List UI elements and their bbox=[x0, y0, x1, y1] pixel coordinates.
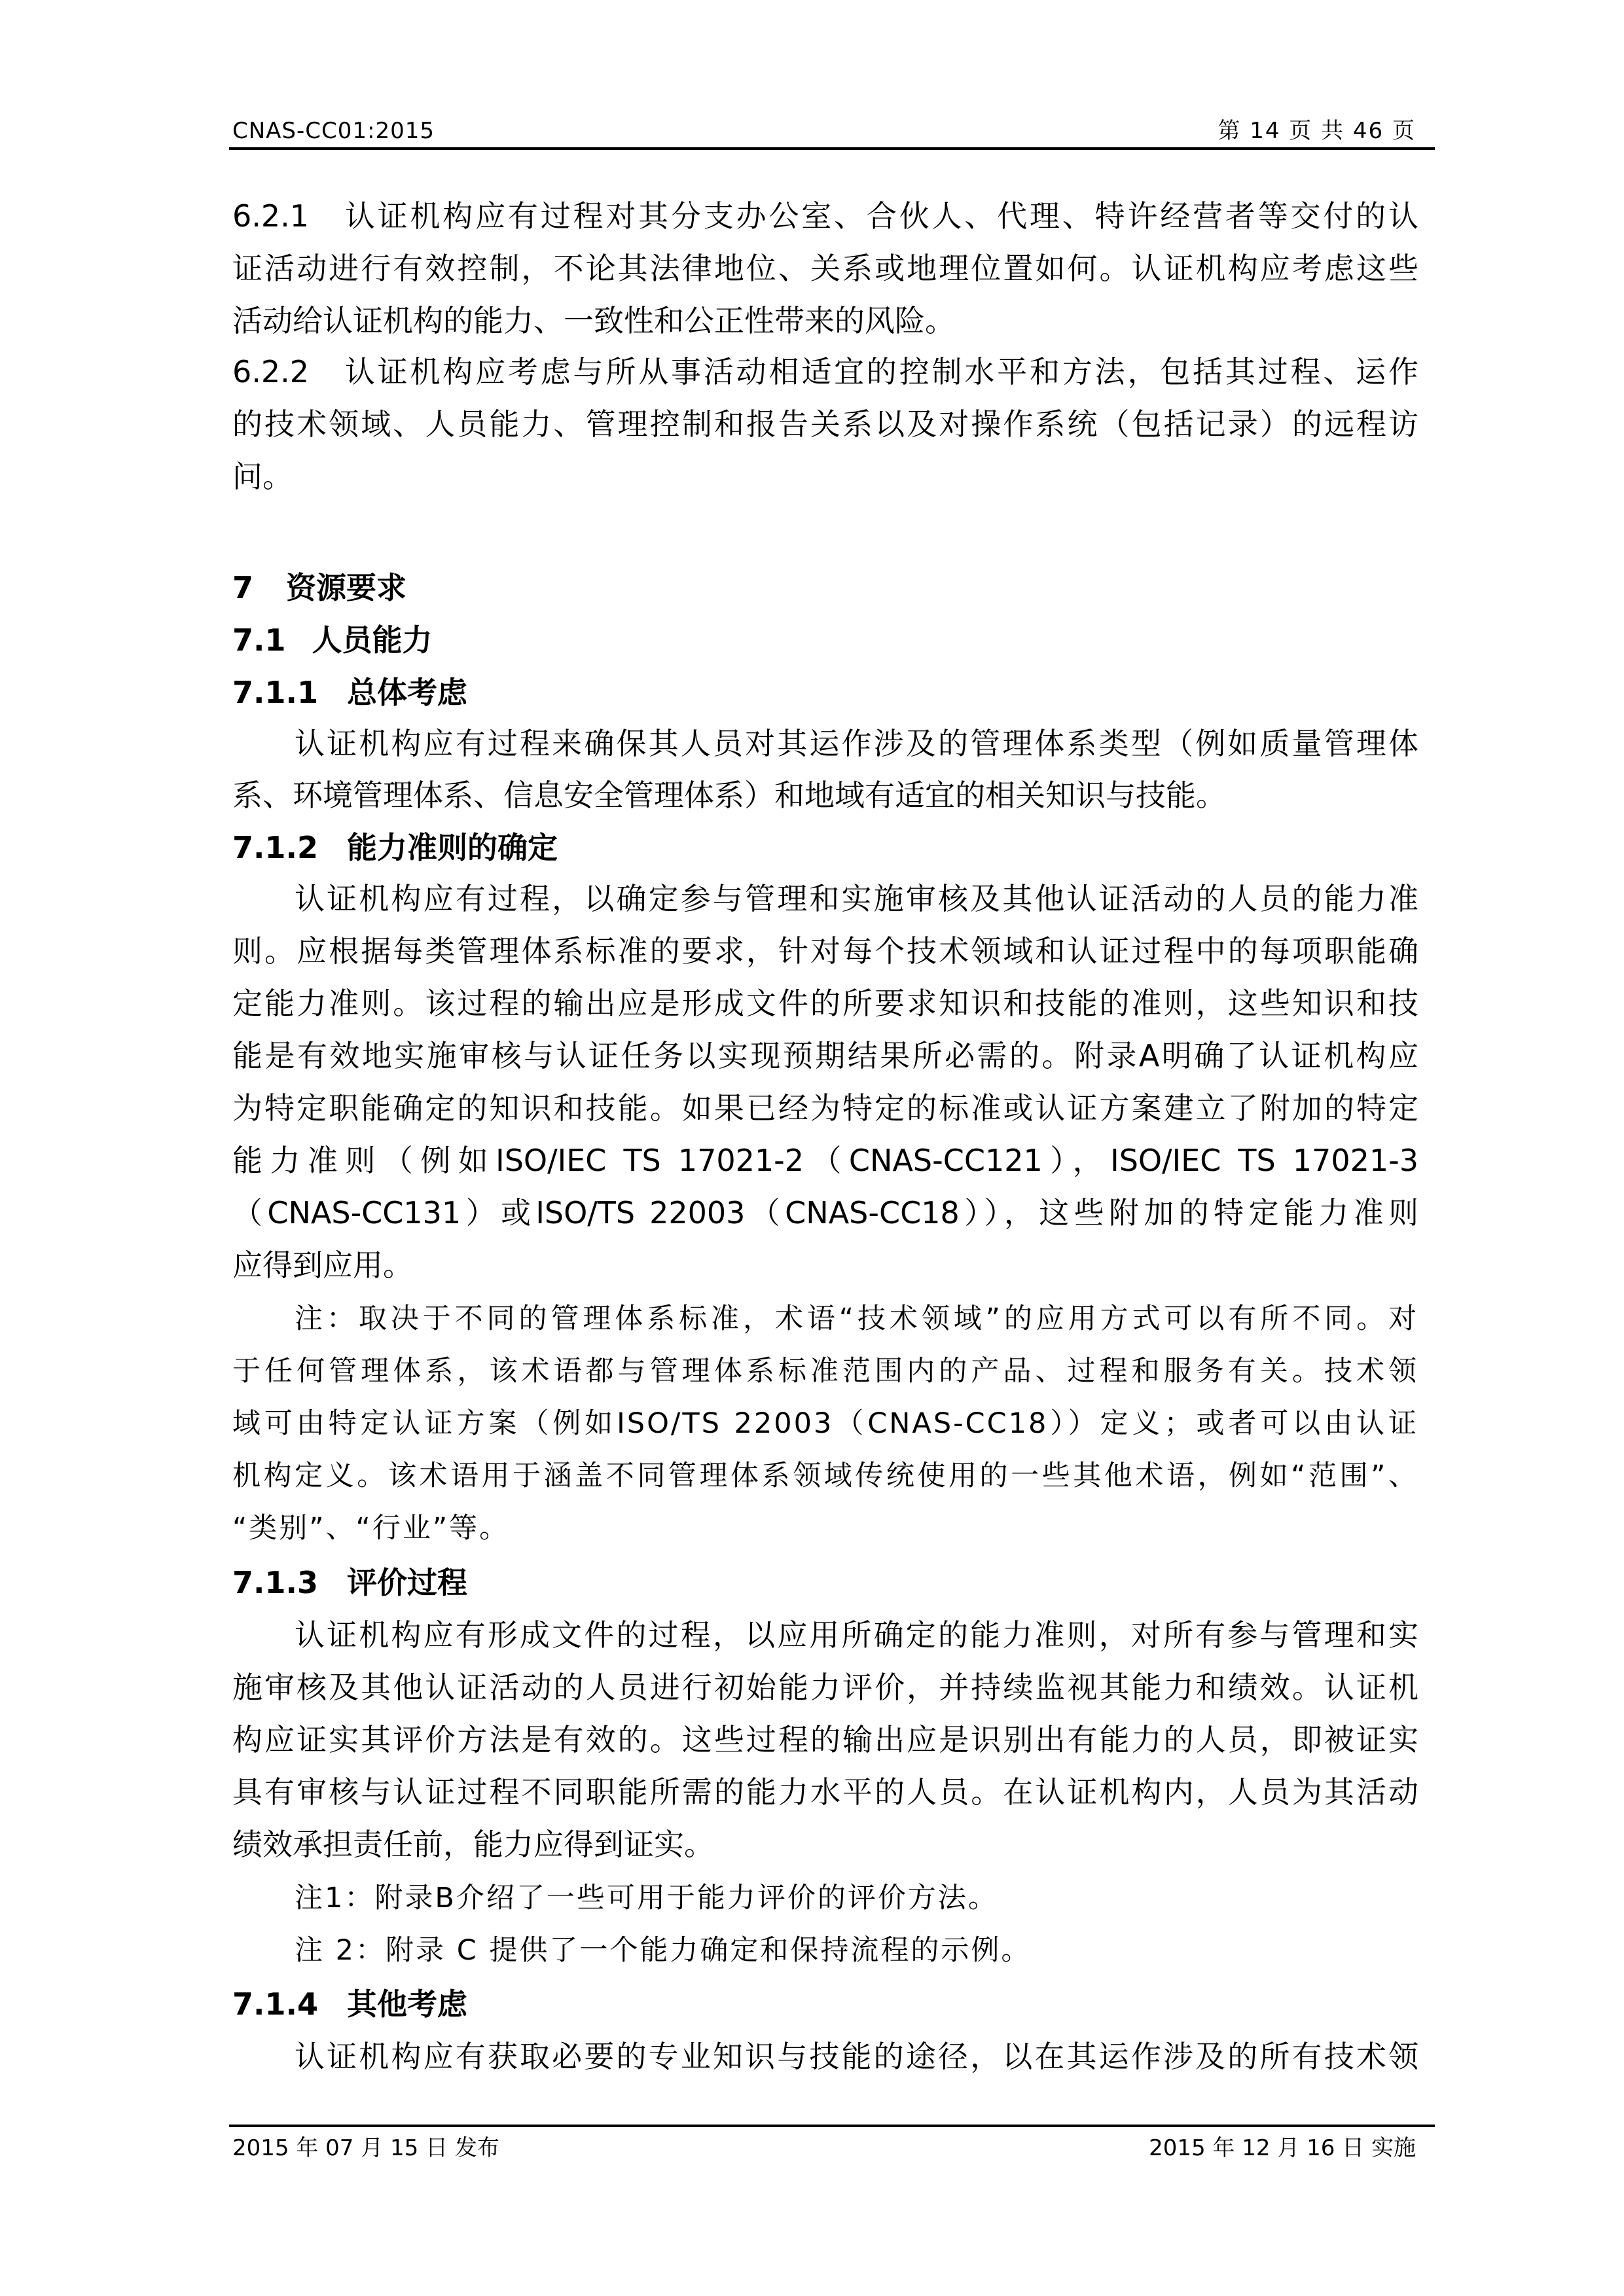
paragraph-line: 认证机构应有获取必要的专业知识与技能的途径，以在其运作涉及的所有技术领 bbox=[295, 2037, 1418, 2076]
section-title: 资源要求 bbox=[286, 570, 406, 605]
page-number: 第 14 页 共 46 页 bbox=[1218, 118, 1416, 144]
document-id: CNAS-CC01:2015 bbox=[232, 118, 435, 144]
note-2: 注 2：附录 C 提供了一个能力确定和保持流程的示例。 bbox=[295, 1931, 1418, 1970]
issue-date: 2015 年 07 月 15 日 发布 bbox=[232, 2135, 499, 2161]
section-title: 人员能力 bbox=[312, 622, 433, 658]
paragraph-line: 为特定职能确定的知识和技能。如果已经为特定的标准或认证方案建立了附加的特定 bbox=[232, 1088, 1418, 1128]
clause-6-2-2-line-2: 的技术领域、人员能力、管理控制和报告关系以及对操作系统（包括记录）的远程访 bbox=[232, 404, 1418, 444]
section-heading-7: 7资源要求 bbox=[232, 568, 406, 607]
paragraph-line: 认证机构应有形成文件的过程，以应用所确定的能力准则，对所有参与管理和实 bbox=[295, 1615, 1418, 1655]
paragraph-line: 能是有效地实施审核与认证任务以实现预期结果所必需的。附录A明确了认证机构应 bbox=[232, 1036, 1418, 1075]
clause-text: 认证机构应有过程对其分支办公室、合伙人、代理、特许经营者等交付的认 bbox=[342, 198, 1418, 234]
note-line: 机构定义。该术语用于涵盖不同管理体系领域传统使用的一些其他术语，例如“范围”、 bbox=[232, 1456, 1418, 1496]
paragraph-line: 则。应根据每类管理体系标准的要求，针对每个技术领域和认证过程中的每项职能确 bbox=[232, 931, 1418, 971]
clause-number: 6.2.1 bbox=[232, 196, 342, 236]
paragraph-line: 认证机构应有过程，以确定参与管理和实施审核及其他认证活动的人员的能力准 bbox=[295, 879, 1418, 918]
section-title: 能力准则的确定 bbox=[347, 830, 558, 865]
paragraph-line: 系、环境管理体系、信息安全管理体系）和地域有适宜的相关知识与技能。 bbox=[232, 776, 1418, 815]
section-heading-7-1-4: 7.1.4其他考虑 bbox=[232, 1984, 467, 2024]
section-number: 7.1 bbox=[232, 620, 286, 660]
section-number: 7.1.4 bbox=[232, 1984, 318, 2024]
section-title: 总体考虑 bbox=[347, 675, 467, 710]
clause-number: 6.2.2 bbox=[232, 352, 342, 391]
note-line: 注：取决于不同的管理体系标准，术语“技术领域”的应用方式可以有所不同。对 bbox=[295, 1299, 1418, 1338]
effective-date: 2015 年 12 月 16 日 实施 bbox=[1149, 2135, 1416, 2161]
clause-6-2-1-line-2: 证活动进行有效控制，不论其法律地位、关系或地理位置如何。认证机构应考虑这些 bbox=[232, 249, 1418, 288]
section-heading-7-1-2: 7.1.2能力准则的确定 bbox=[232, 828, 558, 867]
section-heading-7-1: 7.1人员能力 bbox=[232, 620, 433, 660]
section-heading-7-1-3: 7.1.3评价过程 bbox=[232, 1563, 467, 1602]
paragraph-line: 能力准则（例如ISO/IEC TS 17021-2（CNAS-CC121），IS… bbox=[232, 1141, 1418, 1180]
clause-6-2-2-line-1: 6.2.2认证机构应考虑与所从事活动相适宜的控制水平和方法，包括其过程、运作 bbox=[232, 352, 1418, 391]
section-title: 其他考虑 bbox=[347, 1986, 467, 2022]
note-1: 注1：附录B介绍了一些可用于能力评价的评价方法。 bbox=[295, 1878, 1418, 1918]
note-line: 域可由特定认证方案（例如ISO/TS 22003（CNAS-CC18））定义；或… bbox=[232, 1404, 1418, 1443]
section-number: 7.1.2 bbox=[232, 828, 318, 867]
clause-6-2-2-line-3: 问。 bbox=[232, 457, 1418, 496]
section-number: 7.1.1 bbox=[232, 673, 318, 712]
paragraph-line: 具有审核与认证过程不同职能所需的能力水平的人员。在认证机构内，人员为其活动 bbox=[232, 1772, 1418, 1812]
paragraph-line: 应得到应用。 bbox=[232, 1246, 1418, 1285]
paragraph-line: 定能力准则。该过程的输出应是形成文件的所要求知识和技能的准则，这些知识和技 bbox=[232, 984, 1418, 1023]
document-page: CNAS-CC01:2015 第 14 页 共 46 页 6.2.1认证机构应有… bbox=[0, 0, 1624, 2296]
section-heading-7-1-1: 7.1.1总体考虑 bbox=[232, 673, 467, 712]
section-number: 7 bbox=[232, 568, 253, 607]
clause-6-2-1-line-3: 活动给认证机构的能力、一致性和公正性带来的风险。 bbox=[232, 301, 1418, 340]
paragraph-line: 认证机构应有过程来确保其人员对其运作涉及的管理体系类型（例如质量管理体 bbox=[295, 724, 1418, 763]
paragraph-line: 构应证实其评价方法是有效的。这些过程的输出应是识别出有能力的人员，即被证实 bbox=[232, 1720, 1418, 1759]
clause-6-2-1-line-1: 6.2.1认证机构应有过程对其分支办公室、合伙人、代理、特许经营者等交付的认 bbox=[232, 196, 1418, 236]
clause-text: 认证机构应考虑与所从事活动相适宜的控制水平和方法，包括其过程、运作 bbox=[342, 354, 1418, 389]
footer-rule bbox=[229, 2125, 1435, 2127]
note-line: “类别”、“行业”等。 bbox=[232, 1509, 1418, 1548]
section-title: 评价过程 bbox=[347, 1565, 467, 1600]
paragraph-line: 施审核及其他认证活动的人员进行初始能力评价，并持续监视其能力和绩效。认证机 bbox=[232, 1668, 1418, 1707]
paragraph-line: 绩效承担责任前，能力应得到证实。 bbox=[232, 1825, 1418, 1864]
section-number: 7.1.3 bbox=[232, 1563, 318, 1602]
paragraph-line: （CNAS-CC131）或ISO/TS 22003（CNAS-CC18）），这些… bbox=[232, 1193, 1418, 1232]
header-rule bbox=[229, 147, 1435, 150]
note-line: 于任何管理体系，该术语都与管理体系标准范围内的产品、过程和服务有关。技术领 bbox=[232, 1352, 1418, 1391]
